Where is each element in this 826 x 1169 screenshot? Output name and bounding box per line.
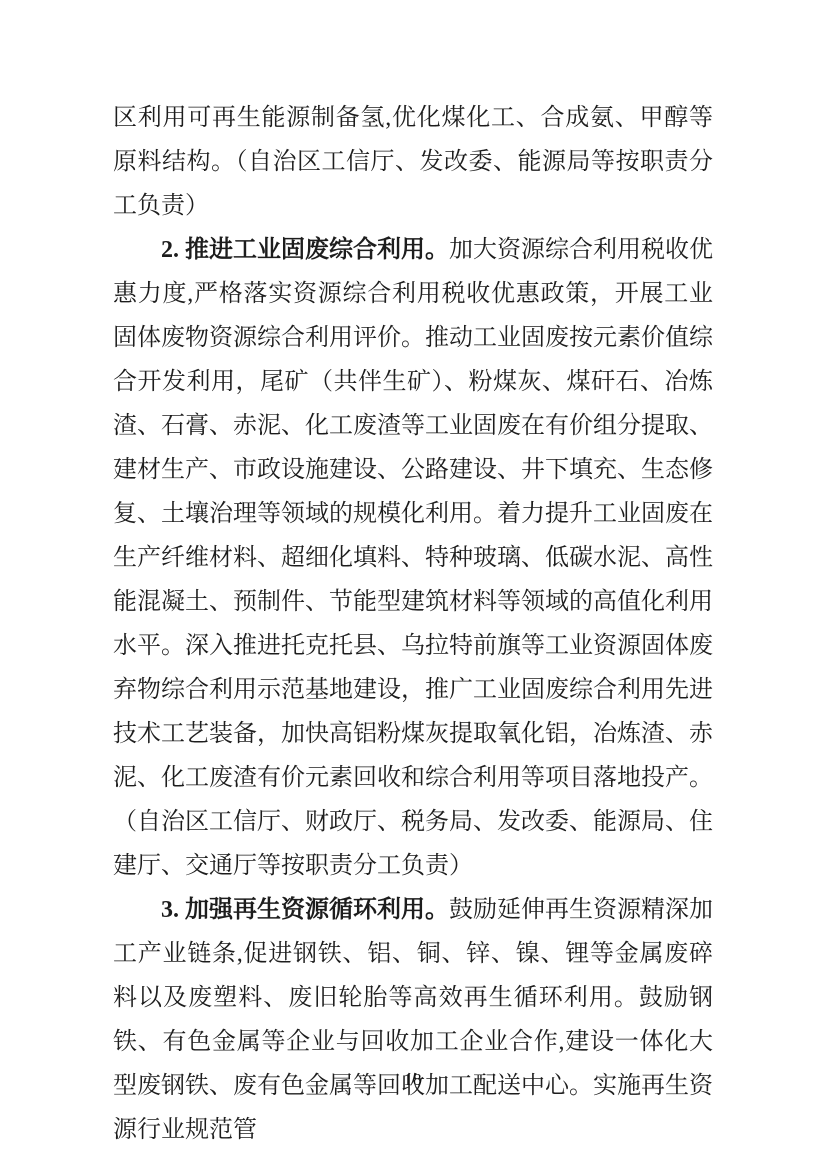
paragraph: 2. 推进工业固废综合利用。加大资源综合利用税收优惠力度,严格落实资源综合利用税… bbox=[113, 228, 713, 888]
body-text: 区利用可再生能源制备氢,优化煤化工、合成氨、甲醇等原料结构。（自治区工信厅、发改… bbox=[113, 105, 713, 219]
page-number: 18 bbox=[404, 1070, 423, 1089]
paragraph: 区利用可再生能源制备氢,优化煤化工、合成氨、甲醇等原料结构。（自治区工信厅、发改… bbox=[113, 96, 713, 228]
paragraphs-container: 区利用可再生能源制备氢,优化煤化工、合成氨、甲醇等原料结构。（自治区工信厅、发改… bbox=[113, 96, 713, 1152]
document-page: 区利用可再生能源制备氢,优化煤化工、合成氨、甲醇等原料结构。（自治区工信厅、发改… bbox=[0, 0, 826, 1169]
section-heading: 3. 加强再生资源循环利用。 bbox=[161, 897, 449, 923]
body-text: 加大资源综合利用税收优惠力度,严格落实资源综合利用税收优惠政策，开展工业固体废物… bbox=[113, 237, 713, 879]
body-text: 鼓励延伸再生资源精深加工产业链条,促进钢铁、铝、铜、锌、镍、锂等金属废碎料以及废… bbox=[113, 897, 713, 1143]
document-body: 区利用可再生能源制备氢,优化煤化工、合成氨、甲醇等原料结构。（自治区工信厅、发改… bbox=[113, 96, 713, 1152]
section-heading: 2. 推进工业固废综合利用。 bbox=[161, 237, 449, 263]
paragraph: 3. 加强再生资源循环利用。鼓励延伸再生资源精深加工产业链条,促进钢铁、铝、铜、… bbox=[113, 888, 713, 1152]
page-footer: 18 bbox=[0, 1070, 826, 1090]
